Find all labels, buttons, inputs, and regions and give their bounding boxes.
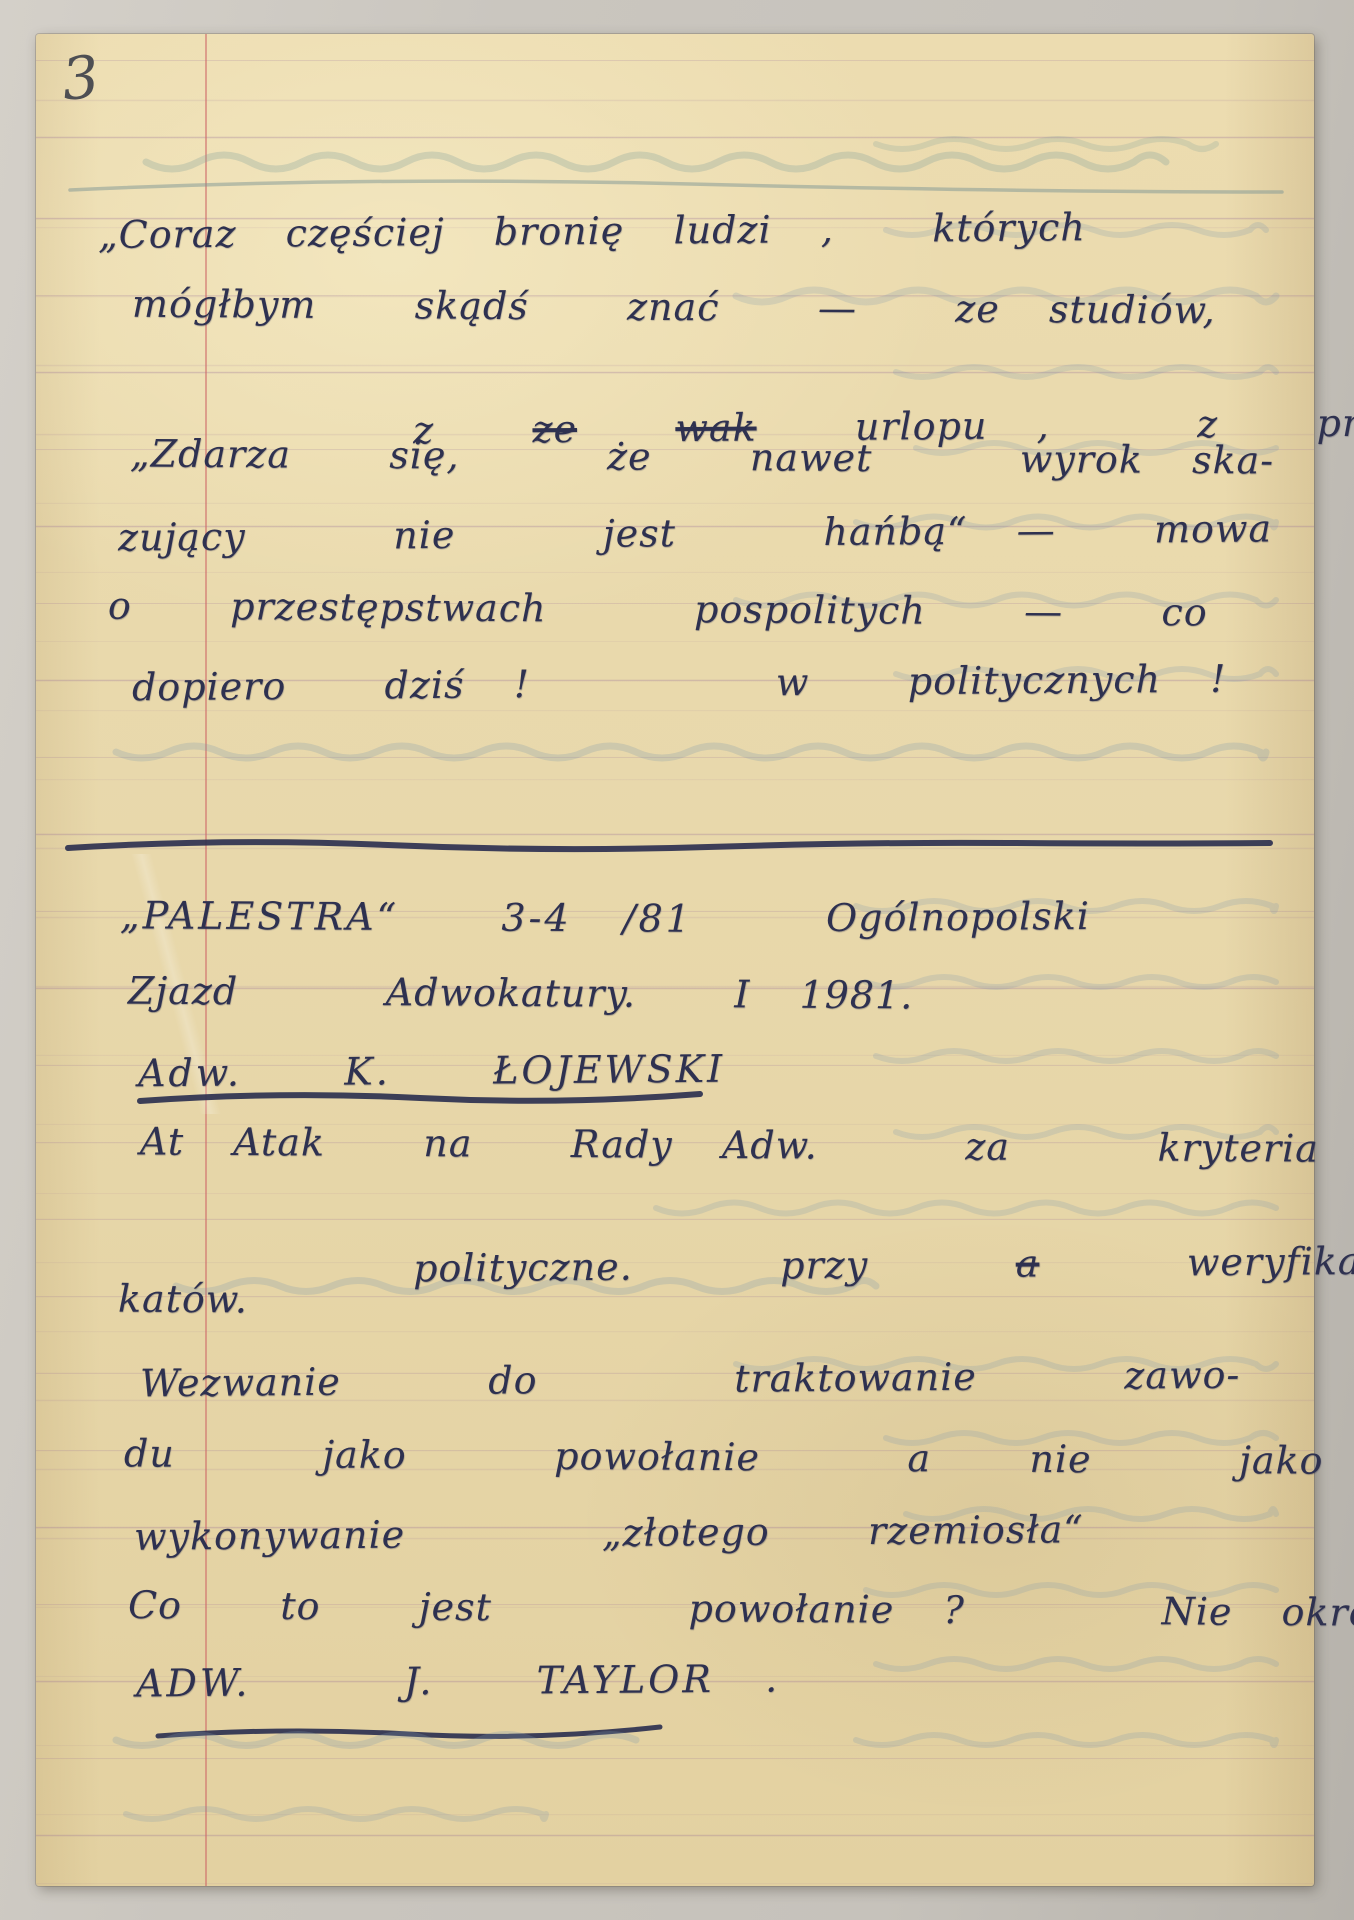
scanner-background: 3 „Coraz częściej bronię ludzi , których… [0,0,1354,1920]
journal-title: „PALESTRA“ 3-4 /81 [120,894,693,941]
bleed-through-stroke [116,746,1266,758]
struck-header-line [70,181,1282,192]
bleed-through-stroke [876,1659,1276,1669]
notebook-page: 3 „Coraz częściej bronię ludzi , których… [36,34,1314,1886]
handwritten-line: mógłbym skądś znać — ze studiów, [132,283,1216,333]
page-number: 3 [59,42,103,113]
handwritten-line: At Atak na Rady Adw. za kryteria [140,1120,1319,1171]
speaker1-name: Adw. K. ŁOJEWSKI [138,1048,725,1096]
section-divider-line [68,842,1270,849]
handwritten-line: „Zdarza się, że nawet wyrok ska- [130,433,1274,484]
bleed-through-stroke [866,977,1276,987]
bleed-through-stroke [126,1809,546,1819]
crossed-out-word: a [1016,1241,1040,1285]
speaker2-name: ADW. J. TAYLOR . [136,1657,781,1706]
handwritten-line: katów. [118,1278,248,1322]
handwritten-line: polityczne. przy a weryfikacji adwo- [118,1194,1354,1337]
bleed-through-stroke [856,1735,1276,1745]
handwritten-line: Co to jest powołanie ? Nie określił. [128,1584,1354,1636]
bleed-through-stroke [146,155,1166,169]
bleed-through-stroke [876,139,1216,149]
text-segment: weryfikacji adwo- [1039,1237,1354,1285]
handwritten-line: zujący nie jest hańbą“ — mowa [118,507,1272,560]
handwritten-line: du jako powołanie a nie jako [124,1432,1324,1483]
handwritten-line: Ogólnopolski [826,895,1090,941]
handwritten-line: dopiero dziś ! w politycznych ! [132,658,1227,710]
handwritten-line: Zjazd Adwokatury. I 1981. [128,970,914,1018]
handwritten-line: „Coraz częściej bronię ludzi , których [98,206,1086,257]
text-segment: polityczne. przy [413,1241,1016,1290]
handwritten-line: o przestępstwach pospolitych — co [108,585,1208,635]
handwritten-line: Wezwanie do traktowanie zawo- [140,1354,1241,1406]
handwritten-line: wykonywanie „złotego rzemiosła“ [134,1508,1084,1559]
bleed-through-stroke [876,1051,1276,1061]
